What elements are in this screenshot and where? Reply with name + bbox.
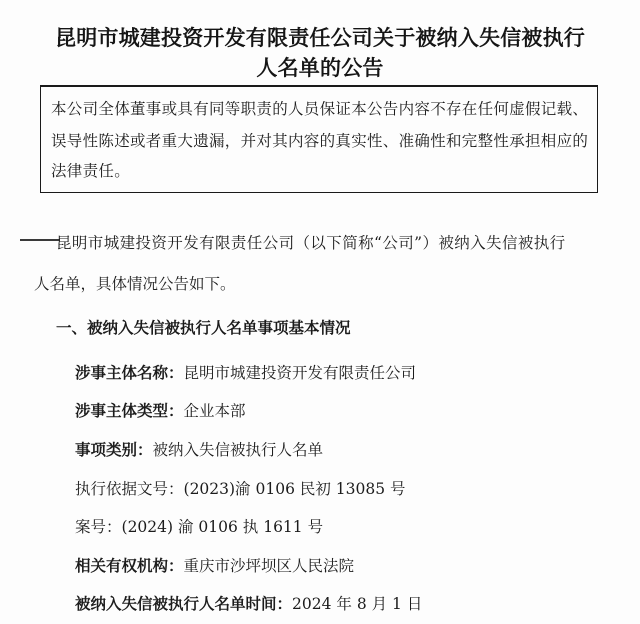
field-entity-type: 涉事主体类型：企业本部 [75, 399, 246, 421]
field-label: 相关有权机构： [75, 557, 184, 575]
field-label: 事项类别： [75, 441, 153, 459]
disclaimer-line-2: 误导性陈述或者重大遗漏，并对其内容的真实性、准确性和完整性承担相应的 [51, 129, 588, 151]
field-authority: 相关有权机构：重庆市沙坪坝区人民法院 [75, 554, 354, 576]
field-enforcement-basis-number: 执行依据文号：(2023)渝 0106 民初 13085 号 [75, 477, 406, 499]
intro-paragraph-line-2: 人名单，具体情况公告如下。 [34, 272, 236, 294]
field-case-number: 案号：(2024) 渝 0106 执 1611 号 [75, 515, 323, 537]
field-matter-category: 事项类别：被纳入失信被执行人名单 [75, 438, 323, 460]
section-heading-basic-info: 一、被纳入失信被执行人名单事项基本情况 [56, 316, 351, 338]
field-value: 被纳入失信被执行人名单 [153, 441, 324, 459]
field-label: 被纳入失信被执行人名单时间： [75, 595, 292, 613]
disclaimer-box: 本公司全体董事或具有同等职责的人员保证本公告内容不存在任何虚假记载、 误导性陈述… [40, 85, 598, 193]
field-value: (2023)渝 0106 民初 13085 号 [184, 480, 406, 498]
disclaimer-line-3: 法律责任。 [51, 159, 130, 181]
document-title-line-2: 人名单的公告 [0, 52, 640, 82]
field-value: 2024 年 8 月 1 日 [292, 595, 422, 613]
field-label: 案号： [75, 518, 122, 536]
field-label: 执行依据文号： [75, 480, 184, 498]
field-listing-date: 被纳入失信被执行人名单时间：2024 年 8 月 1 日 [75, 592, 422, 614]
field-entity-name: 涉事主体名称：昆明市城建投资开发有限责任公司 [75, 361, 416, 383]
field-value: 重庆市沙坪坝区人民法院 [184, 557, 355, 575]
field-value: (2024) 渝 0106 执 1611 号 [122, 518, 324, 536]
scan-artifact-line [20, 239, 60, 241]
field-value: 昆明市城建投资开发有限责任公司 [184, 364, 417, 382]
document-page: 昆明市城建投资开发有限责任公司关于被纳入失信被执行 人名单的公告 本公司全体董事… [0, 0, 640, 624]
disclaimer-line-1: 本公司全体董事或具有同等职责的人员保证本公告内容不存在任何虚假记载、 [51, 97, 588, 119]
field-label: 涉事主体名称： [75, 364, 184, 382]
document-title-line-1: 昆明市城建投资开发有限责任公司关于被纳入失信被执行 [0, 22, 640, 52]
field-label: 涉事主体类型： [75, 402, 184, 420]
intro-paragraph-line-1: 昆明市城建投资开发有限责任公司（以下简称“公司”）被纳入失信被执行 [56, 231, 566, 253]
field-value: 企业本部 [184, 402, 246, 420]
